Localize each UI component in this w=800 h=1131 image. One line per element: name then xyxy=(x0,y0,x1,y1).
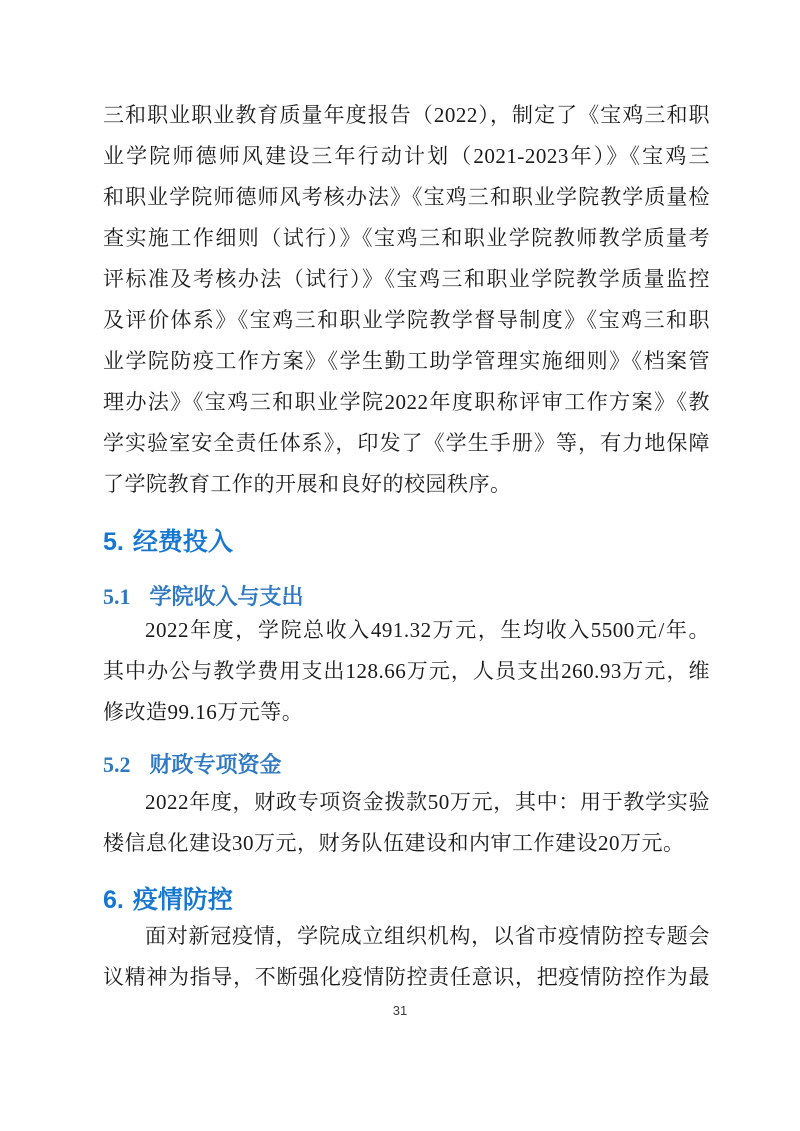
page-content: 三和职业职业教育质量年度报告（2022），制定了《宝鸡三和职业学院师德师风建设三… xyxy=(103,95,710,998)
text-line: 评标准及考核办法（试行）》《宝鸡三和职业学院教学质量监控 xyxy=(103,259,710,300)
text-line: 及评价体系》《宝鸡三和职业学院教学督导制度》《宝鸡三和职 xyxy=(103,300,710,341)
section-6-number: 6. xyxy=(103,886,124,914)
subsection-5-2-title: 财政专项资金 xyxy=(150,752,282,777)
text-line: 面对新冠疫情，学院成立组织机构，以省市疫情防控专题会 xyxy=(103,916,710,957)
page-number: 31 xyxy=(0,1003,800,1018)
subsection-5-2-number: 5.2 xyxy=(103,752,131,777)
text-line: 2022年度，学院总收入491.32万元，生均收入5500元/年。 xyxy=(103,610,710,651)
document-page: 三和职业职业教育质量年度报告（2022），制定了《宝鸡三和职业学院师德师风建设三… xyxy=(0,0,800,1131)
section-5-title: 经费投入 xyxy=(133,528,233,556)
subsection-5-1-heading: 5.1学院收入与支出 xyxy=(103,584,710,610)
section-5-number: 5. xyxy=(103,528,124,556)
text-line: 查实施工作细则（试行）》《宝鸡三和职业学院教师教学质量考 xyxy=(103,218,710,259)
section-6-heading: 6.疫情防控 xyxy=(103,885,710,915)
text-line: 业学院师德师风建设三年行动计划（2021-2023年）》《宝鸡三 xyxy=(103,136,710,177)
text-line: 理办法》《宝鸡三和职业学院2022年度职称评审工作方案》《教 xyxy=(103,382,710,423)
section-5-heading: 5.经费投入 xyxy=(103,527,710,557)
text-line: 楼信息化建设30万元，财务队伍建设和内审工作建设20万元。 xyxy=(103,823,710,864)
text-line: 和职业学院师德师风考核办法》《宝鸡三和职业学院教学质量检 xyxy=(103,177,710,218)
subsection-5-2-heading: 5.2财政专项资金 xyxy=(103,752,710,778)
text-line: 业学院防疫工作方案》《学生勤工助学管理实施细则》《档案管 xyxy=(103,341,710,382)
section-6-title: 疫情防控 xyxy=(133,886,233,914)
text-line: 议精神为指导，不断强化疫情防控责任意识，把疫情防控作为最 xyxy=(103,957,710,998)
text-line: 三和职业职业教育质量年度报告（2022），制定了《宝鸡三和职 xyxy=(103,95,710,136)
text-line: 了学院教育工作的开展和良好的校园秩序。 xyxy=(103,464,710,505)
subsection-5-1-number: 5.1 xyxy=(103,584,131,609)
text-line: 修改造99.16万元等。 xyxy=(103,692,710,733)
paragraph-income-expenditure: 2022年度，学院总收入491.32万元，生均收入5500元/年。其中办公与教学… xyxy=(103,610,710,733)
subsection-5-1-title: 学院收入与支出 xyxy=(150,584,304,609)
paragraph-pandemic-prevention: 面对新冠疫情，学院成立组织机构，以省市疫情防控专题会议精神为指导，不断强化疫情防… xyxy=(103,916,710,998)
text-line: 2022年度，财政专项资金拨款50万元，其中：用于教学实验 xyxy=(103,782,710,823)
paragraph-special-funds: 2022年度，财政专项资金拨款50万元，其中：用于教学实验楼信息化建设30万元，… xyxy=(103,782,710,864)
text-line: 学实验室安全责任体系》，印发了《学生手册》等，有力地保障 xyxy=(103,423,710,464)
paragraph-policy-documents: 三和职业职业教育质量年度报告（2022），制定了《宝鸡三和职业学院师德师风建设三… xyxy=(103,95,710,505)
text-line: 其中办公与教学费用支出128.66万元，人员支出260.93万元，维 xyxy=(103,651,710,692)
